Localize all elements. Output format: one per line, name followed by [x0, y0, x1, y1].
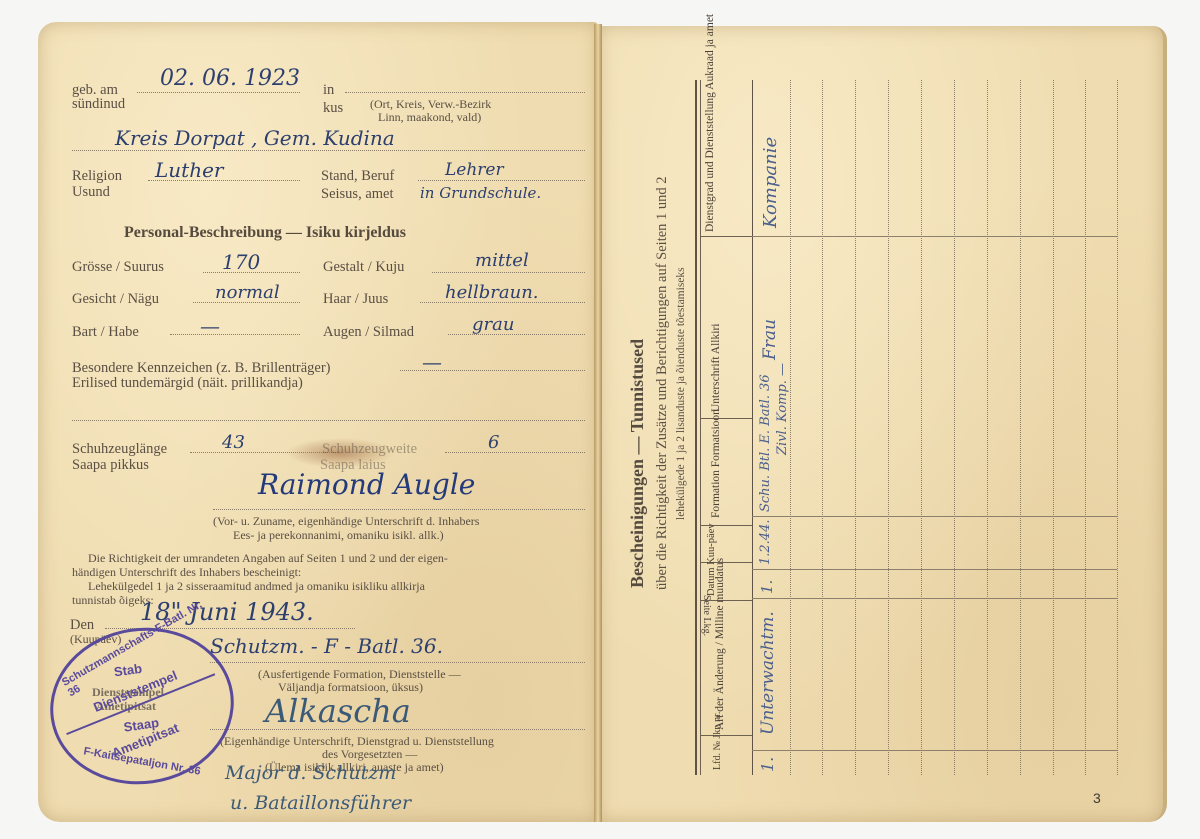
- col-header-change: Art der Änderung / Milline muudatus: [714, 600, 726, 730]
- certification-line-1: Die Richtigkeit der umrandeten Angaben a…: [88, 552, 448, 565]
- page-number: 3: [1093, 790, 1101, 806]
- row-formation: Schu. Btl. E. Batl. 36: [758, 374, 773, 512]
- place-value: Kreis Dorpat , Gem. Kudina: [115, 126, 395, 150]
- occupation-value-1: Lehrer: [445, 160, 504, 180]
- holder-signature: Raimond Augle: [258, 468, 475, 501]
- book-spine: [594, 24, 602, 822]
- hair-value: hellbraun.: [445, 282, 539, 303]
- place-label-et: kus: [323, 100, 343, 116]
- row-formation-2: Zivl. Komp. —: [775, 363, 790, 455]
- right-page-title: Bescheinigungen — Tunnistused: [627, 339, 648, 588]
- religion-label-et: Usund: [72, 184, 110, 200]
- col-header-page: Seite Lkg.: [701, 595, 712, 625]
- occupation-label-et: Seisus, amet: [321, 186, 394, 202]
- shoe-width-value: 6: [488, 432, 499, 453]
- special-marks-label-et: Erilised tundemärgid (näit. prillikandja…: [72, 375, 303, 391]
- superior-rank-1: Major d. Schutzm: [225, 762, 396, 784]
- occupation-label-de: Stand, Beruf: [321, 168, 394, 184]
- right-page-subtitle-et: lehekülgede 1 ja 2 lisanduste ja õiendus…: [675, 267, 687, 520]
- row-change: Unterwachtm.: [758, 611, 778, 735]
- certification-line-3: Lehekülgedel 1 ja 2 sisseraamitud andmed…: [88, 580, 425, 593]
- beard-value: —: [200, 314, 220, 338]
- shoe-length-label-de: Schuhzeuglänge: [72, 441, 167, 457]
- date-label-de: Den: [70, 617, 94, 633]
- shoe-length-value: 43: [222, 432, 245, 453]
- shoe-length-label-et: Saapa pikkus: [72, 457, 149, 473]
- row-date: 1.2.44.: [758, 520, 773, 565]
- face-value: normal: [215, 282, 280, 303]
- row-page: 1.: [758, 580, 776, 594]
- col-header-rank: Dienstgrad und Dienststellung Aukraad ja…: [704, 82, 717, 232]
- height-label: Grösse / Suurus: [72, 259, 164, 275]
- special-marks-label-de: Besondere Kennzeichen (z. B. Brillenträg…: [72, 360, 330, 376]
- holder-signature-caption-de: (Vor- u. Zuname, eigenhändige Unterschri…: [213, 515, 479, 528]
- certification-line-2: händigen Unterschrift des Inhabers besch…: [72, 566, 301, 579]
- col-header-nr: Lfd. № Jkr. nr.: [712, 730, 723, 770]
- superior-signature: Alkascha: [265, 692, 411, 730]
- build-label: Gestalt / Kuju: [323, 259, 404, 275]
- stamp-outer-bottom: F-Kaitsepataljon Nr. 36: [83, 745, 202, 777]
- stamp-inner-1: Stab: [113, 661, 143, 680]
- face-label: Gesicht / Nägu: [72, 291, 159, 307]
- occupation-value-2: in Grundschule.: [420, 184, 541, 202]
- place-label-de: in: [323, 82, 334, 98]
- religion-value: Luther: [155, 158, 223, 182]
- formation-value: Schutzm. - F - Batl. 36.: [210, 634, 443, 658]
- col-header-formation: Formation Formatsioon: [710, 418, 723, 518]
- holder-signature-caption-et: Ees- ja perekonnanimi, omaniku isikl. al…: [233, 529, 444, 542]
- hair-label: Haar / Juus: [323, 291, 388, 307]
- superior-rank-2: u. Bataillonsführer: [230, 792, 411, 814]
- beard-label: Bart / Habe: [72, 324, 139, 340]
- build-value: mittel: [475, 250, 529, 271]
- height-value: 170: [222, 250, 260, 274]
- row-rank: Kompanie: [760, 137, 781, 228]
- eyes-value: grau: [472, 314, 514, 335]
- shoe-width-label-de: Schuhzeugweite: [322, 441, 417, 457]
- eyes-label: Augen / Silmad: [323, 324, 414, 340]
- birth-date-value: 02. 06. 1923: [160, 66, 300, 91]
- row-signature: Frau: [760, 319, 780, 360]
- birth-label-et: sündinud: [72, 96, 125, 112]
- right-page-subtitle-de: über die Richtigkeit der Zusätze und Ber…: [654, 176, 671, 590]
- description-title: Personal-Beschreibung — Isiku kirjeldus: [124, 224, 406, 242]
- special-marks-value: —: [422, 350, 442, 374]
- row-nr: 1.: [758, 757, 777, 772]
- religion-label-de: Religion: [72, 168, 122, 184]
- col-header-signature: Unterschrift Allkiri: [710, 242, 723, 412]
- place-hint-et: Linn, maakond, vald): [378, 111, 481, 124]
